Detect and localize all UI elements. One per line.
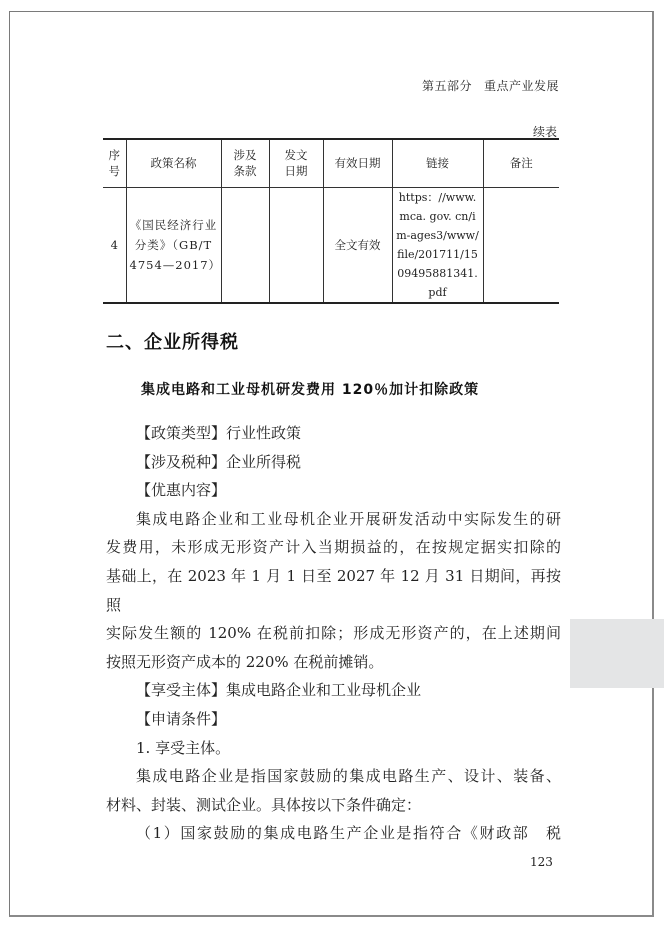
cell-policy-name: 《国民经济行业分类》（GB/T 4754—2017） [126, 187, 221, 303]
benefit-line-1: 集成电路企业和工业母机企业开展研发活动中实际发生的研 [106, 505, 561, 534]
benefit-line-2: 发费用，未形成无形资产计入当期损益的，在按规定据实扣除的 [106, 533, 561, 562]
page-number: 123 [530, 855, 553, 869]
benefit-line-3: 基础上，在 2023 年 1 月 1 日至 2027 年 12 月 31 日期间… [106, 562, 561, 619]
column-header-valid-date: 有效日期 [323, 139, 392, 187]
cell-remarks [483, 187, 559, 303]
policy-title: 集成电路和工业母机研发费用 120％加计扣除政策 [141, 379, 479, 399]
column-header-link: 链接 [392, 139, 483, 187]
tax-type-label: 【涉及税种】 [136, 453, 226, 471]
column-header-clauses: 涉及条款 [221, 139, 269, 187]
policy-body: 【政策类型】行业性政策 【涉及税种】企业所得税 【优惠内容】 集成电路企业和工业… [106, 419, 561, 848]
policy-type-line: 【政策类型】行业性政策 [106, 419, 561, 448]
cell-link[interactable]: https：//www. mca. gov. cn/im-ages3/www/f… [392, 187, 483, 303]
ic-line-1: 集成电路企业是指国家鼓励的集成电路生产、设计、装备、 [106, 762, 561, 791]
section-heading: 二、企业所得税 [106, 328, 239, 354]
policy-table: 序号 政策名称 涉及条款 发文日期 有效日期 链接 备注 4 《国民经济行业分类… [103, 138, 559, 304]
benefit-line-4: 实际发生额的 120% 在税前扣除；形成无形资产的，在上述期间 [106, 619, 561, 648]
policy-type-label: 【政策类型】 [136, 424, 226, 442]
benefit-line-5: 按照无形资产成本的 220% 在税前摊销。 [106, 648, 561, 677]
column-header-issue-date: 发文日期 [269, 139, 323, 187]
beneficiary-line: 【享受主体】集成电路企业和工业母机企业 [106, 676, 561, 705]
policy-type-value: 行业性政策 [226, 424, 301, 442]
beneficiary-value: 集成电路企业和工业母机企业 [226, 681, 421, 699]
table-row: 4 《国民经济行业分类》（GB/T 4754—2017） 全文有效 https：… [103, 187, 559, 303]
running-header-part: 第五部分 [422, 79, 472, 93]
sub-item-1: （1）国家鼓励的集成电路生产企业是指符合《财政部 税 [106, 819, 561, 848]
column-header-index: 序号 [103, 139, 126, 187]
cell-clauses [221, 187, 269, 303]
tax-type-line: 【涉及税种】企业所得税 [106, 448, 561, 477]
beneficiary-label: 【享受主体】 [136, 681, 226, 699]
table-header-row: 序号 政策名称 涉及条款 发文日期 有效日期 链接 备注 [103, 139, 559, 187]
column-header-remarks: 备注 [483, 139, 559, 187]
ic-line-2: 材料、封装、测试企业。具体按以下条件确定： [106, 791, 561, 820]
chapter-thumb-tab [570, 619, 664, 688]
cell-valid-date: 全文有效 [323, 187, 392, 303]
running-header: 第五部分重点产业发展 [422, 77, 559, 94]
benefit-label: 【优惠内容】 [106, 476, 561, 505]
item-1: 1. 享受主体。 [106, 734, 561, 763]
cell-issue-date [269, 187, 323, 303]
cell-index: 4 [103, 187, 126, 303]
running-header-chapter: 重点产业发展 [484, 79, 559, 93]
conditions-label: 【申请条件】 [106, 705, 561, 734]
tax-type-value: 企业所得税 [226, 453, 301, 471]
column-header-policy-name: 政策名称 [126, 139, 221, 187]
